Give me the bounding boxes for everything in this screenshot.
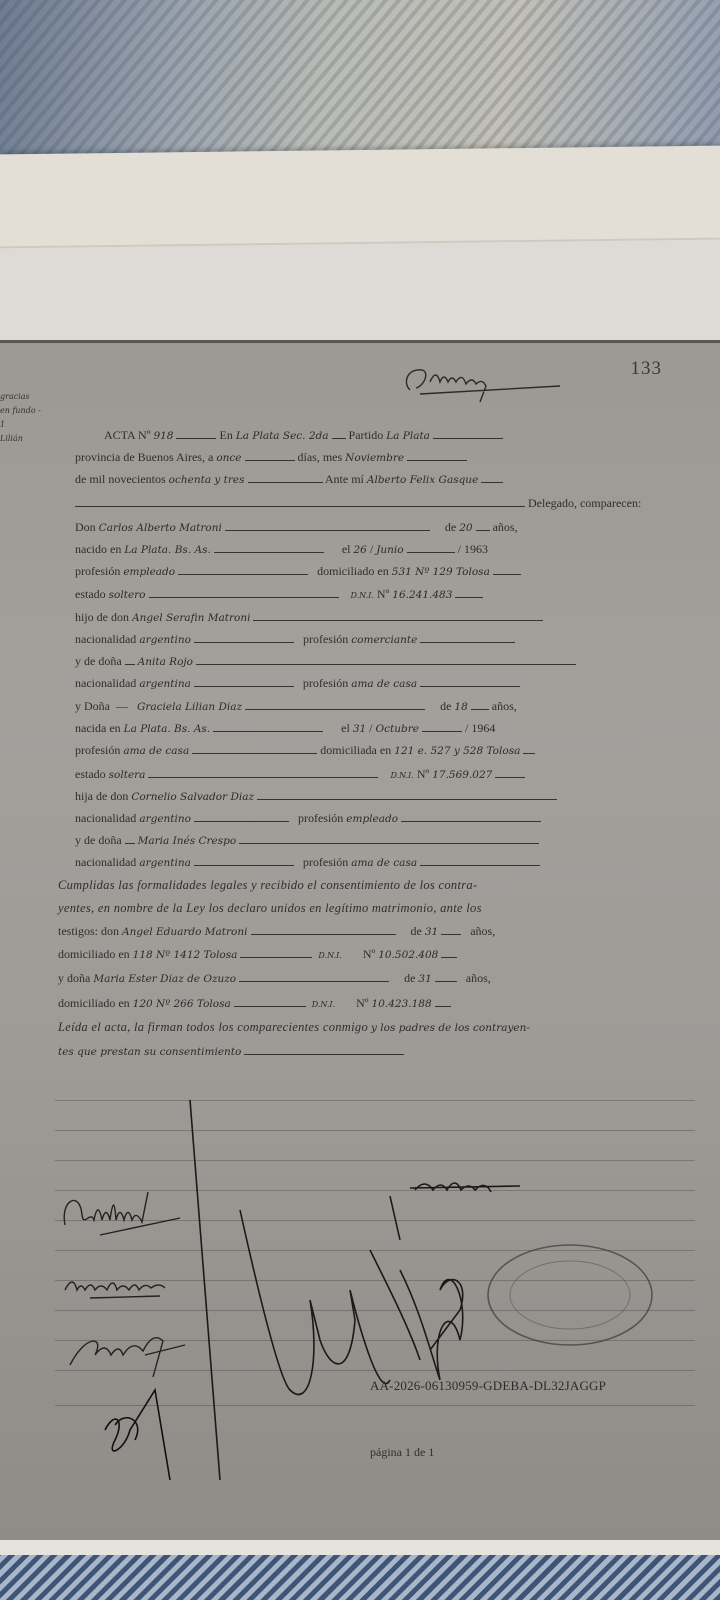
witness-1-age: 31	[425, 926, 438, 938]
witness-2-label: y doña	[58, 971, 90, 985]
bride-birthplace: La Plata. Bs. As.	[124, 723, 211, 735]
witness-1-address: 118 Nº 1412 Tolosa	[133, 949, 238, 961]
partido-label: Partido	[349, 428, 384, 442]
father-label: hija de don	[75, 789, 128, 803]
signature-1	[60, 1180, 190, 1240]
background-bottom	[0, 1555, 720, 1600]
groom-address: 531 Nº 129 Tolosa	[392, 566, 490, 578]
no-label: Nº	[363, 947, 375, 961]
folded-paper-top	[0, 146, 720, 355]
witness-1-name: Angel Eduardo Matroni	[122, 926, 247, 938]
estado-label: estado	[75, 767, 106, 781]
nacionalidad-label: nacionalidad	[75, 811, 136, 825]
de-label: de	[404, 971, 415, 985]
groom-birth-day: 26	[353, 544, 366, 556]
nacido-label: nacido en	[75, 542, 121, 556]
profesion-label: profesión	[298, 811, 343, 825]
anos-label: años,	[493, 520, 518, 534]
domicilio-label: domiciliado en	[58, 947, 130, 961]
delegado-label: Delegado, comparecen:	[528, 496, 641, 510]
witness-2-age: 31	[418, 973, 431, 985]
witness-1-label: testigos: don	[58, 924, 119, 938]
profesion-label: profesión	[303, 676, 348, 690]
closing-handwritten-2: tes que prestan su consentimiento	[58, 1046, 241, 1058]
dias-label: días, mes	[298, 450, 343, 464]
margin-note-line: 1	[0, 418, 41, 432]
witness-1-doc-number: 10.502.408	[378, 949, 438, 961]
groom-birthplace: La Plata. Bs. As.	[124, 544, 211, 556]
document-code: AA-2026-06130959-GDEBA-DL32JAGGP	[370, 1378, 606, 1394]
document-top-edge	[0, 340, 720, 343]
groom-doc-number: 16.241.483	[392, 589, 452, 601]
acta-label: ACTA Nº	[104, 428, 150, 442]
groom-father-nationality: argentino	[139, 634, 191, 646]
profesion-label: profesión	[75, 564, 120, 578]
bride-birth-day: 31	[353, 723, 366, 735]
profesion-label: profesión	[303, 855, 348, 869]
closing-printed-text: Leída el acta, la firman todos los compa…	[58, 1020, 368, 1034]
anos-label: años,	[470, 924, 495, 938]
signature-2	[60, 1270, 200, 1300]
top-signature	[400, 362, 570, 402]
margin-note-line: Lilián	[0, 432, 41, 446]
groom-name: Carlos Alberto Matroni	[99, 522, 222, 534]
bride-father: Cornelio Salvador Diaz	[131, 791, 254, 803]
mother-label: y de doña	[75, 833, 122, 847]
marriage-certificate: gracias en fundo - 1 Lilián 133 ACTA Nº …	[0, 340, 720, 1540]
witness-2-name: Maria Ester Diaz de Ozuzo	[93, 973, 236, 985]
witness-2-doc-number: 10.423.188	[372, 998, 432, 1010]
bride-mother-nationality: argentina	[139, 857, 191, 869]
bride-father-profession: empleado	[346, 813, 398, 825]
provincia-label: provincia de Buenos Aires, a	[75, 450, 213, 464]
page-footer: página 1 de 1	[370, 1445, 434, 1460]
en-label: En	[219, 428, 232, 442]
ante-label: Ante mí	[325, 472, 364, 486]
page-number: 133	[631, 358, 663, 380]
el-label: el	[342, 542, 351, 556]
declaration-line-2: yentes, en nombre de la Ley los declaro …	[58, 901, 482, 916]
groom-birth-year: 1963	[464, 542, 488, 556]
domicilio-label: domiciliada en	[320, 743, 391, 757]
partido-value: La Plata	[386, 430, 430, 442]
de-label: de	[440, 699, 451, 713]
bride-age: 18	[454, 701, 467, 713]
nacionalidad-label: nacionalidad	[75, 632, 136, 646]
de-label: de	[445, 520, 456, 534]
doc-type: D.N.I.	[312, 1000, 335, 1009]
background-top	[0, 0, 720, 165]
officiant-name: Alberto Felix Gasque	[367, 474, 478, 486]
bride-mother-profession: ama de casa	[351, 857, 417, 869]
margin-note-line: en fundo -	[0, 404, 41, 418]
margin-note: gracias en fundo - 1 Lilián	[0, 390, 41, 446]
groom-birth-month: Junio	[376, 544, 403, 556]
anos-label: años,	[492, 699, 517, 713]
bride-address: 121 e. 527 y 528 Tolosa	[394, 745, 520, 757]
dona-label: y Doña	[75, 699, 110, 713]
day-value: once	[216, 452, 241, 464]
year-label: de mil novecientos	[75, 472, 166, 486]
groom-age: 20	[459, 522, 472, 534]
mother-label: y de doña	[75, 654, 122, 668]
groom-profession: empleado	[123, 566, 175, 578]
paper-lower-flap	[0, 240, 720, 355]
groom-mother: Anita Rojo	[138, 656, 193, 668]
don-label: Don	[75, 520, 96, 534]
profesion-label: profesión	[75, 743, 120, 757]
doc-type: D.N.I.	[318, 951, 341, 960]
groom-father: Angel Serafin Matroni	[132, 612, 250, 624]
no-label: Nº	[377, 587, 389, 601]
location-value: La Plata Sec. 2da	[236, 430, 329, 442]
nacionalidad-label: nacionalidad	[75, 676, 136, 690]
bride-profession: ama de casa	[123, 745, 189, 757]
el-label: el	[341, 721, 350, 735]
de-label: de	[411, 924, 422, 938]
groom-mother-profession: ama de casa	[351, 678, 417, 690]
no-label: Nº	[356, 996, 368, 1010]
domicilio-label: domiciliado en	[317, 564, 389, 578]
acta-number: 918	[153, 430, 173, 442]
doc-type: D.N.I.	[351, 591, 374, 600]
nacida-label: nacida en	[75, 721, 121, 735]
estado-label: estado	[75, 587, 106, 601]
bride-name: Graciela Lilian Diaz	[137, 701, 242, 713]
bride-birth-month: Octubre	[376, 723, 419, 735]
nacionalidad-label: nacionalidad	[75, 855, 136, 869]
bride-mother: Maria Inés Crespo	[138, 835, 237, 847]
bride-civil-status: soltera	[109, 769, 146, 781]
signature-4	[95, 1370, 185, 1480]
no-label: Nº	[417, 767, 429, 781]
groom-mother-nationality: argentina	[139, 678, 191, 690]
groom-father-profession: comerciante	[351, 634, 417, 646]
bride-doc-number: 17.569.027	[432, 769, 492, 781]
year-value: ochenta y tres	[169, 474, 245, 486]
groom-civil-status: soltero	[109, 589, 146, 601]
declaration-line-1: Cumplidas las formalidades legales y rec…	[58, 878, 477, 893]
bride-father-nationality: argentino	[139, 813, 191, 825]
profesion-label: profesión	[303, 632, 348, 646]
doc-type: D.N.I.	[390, 771, 413, 780]
father-label: hijo de don	[75, 610, 129, 624]
margin-note-line: gracias	[0, 390, 41, 404]
closing-handwritten-1: y los padres de los contrayen-	[371, 1022, 530, 1034]
official-stamp	[480, 1240, 660, 1350]
domicilio-label: domiciliado en	[58, 996, 130, 1010]
anos-label: años,	[466, 971, 491, 985]
bride-birth-year: 1964	[471, 721, 495, 735]
witness-2-address: 120 Nº 266 Tolosa	[133, 998, 231, 1010]
month-value: Noviembre	[345, 452, 404, 464]
